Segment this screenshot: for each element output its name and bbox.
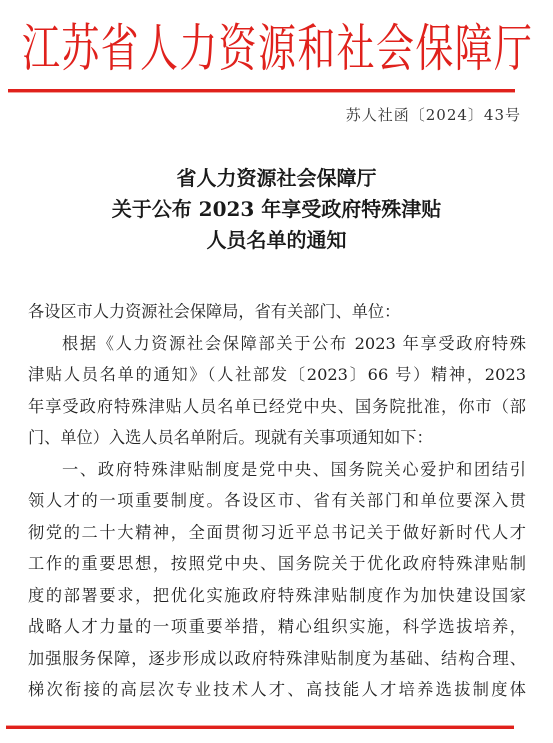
salutation: 各设区市人力资源社会保障局，省有关部门、单位：	[28, 296, 526, 328]
body-line: 领人才的一项重要制度。各设区市、省有关部门和单位要深入贯	[28, 485, 526, 517]
document-body: 各设区市人力资源社会保障局，省有关部门、单位： 根据《人力资源社会保障部关于公布…	[28, 296, 526, 706]
title-line-issuer: 省人力资源社会保障厅	[0, 163, 553, 194]
title-line-notice: 人员名单的通知	[0, 225, 553, 256]
red-header-rule	[8, 89, 515, 92]
body-line: 战略人才力量的一项重要举措，精心组织实施，科学选拔培养，	[28, 611, 526, 643]
body-line: 度的部署要求，把优化实施政府特殊津贴制度作为加快建设国家	[28, 580, 526, 612]
body-line: 工作的重要思想，按照党中央、国务院关于优化政府特殊津贴制	[28, 548, 526, 580]
red-footer-rule	[6, 726, 514, 729]
document-title: 省人力资源社会保障厅 关于公布 2023 年享受政府特殊津贴 人员名单的通知	[0, 163, 553, 256]
body-line: 梯次衔接的高层次专业技术人才、高技能人才培养选拔制度体	[28, 674, 526, 706]
body-line: 彻党的二十大精神，全面贯彻习近平总书记关于做好新时代人才	[28, 517, 526, 549]
body-line: 津贴人员名单的通知》（人社部发〔2023〕66 号）精神，2023	[28, 359, 526, 391]
body-line: 年享受政府特殊津贴人员名单已经党中央、国务院批准，你市（部	[28, 391, 526, 423]
title-line-subject: 关于公布 2023 年享受政府特殊津贴	[0, 194, 553, 225]
body-line: 加强服务保障，逐步形成以政府特殊津贴制度为基础、结构合理、	[28, 643, 526, 675]
body-line: 门、单位）入选人员名单附后。现就有关事项通知如下：	[28, 422, 526, 454]
body-line: 一、政府特殊津贴制度是党中央、国务院关心爱护和团结引	[28, 454, 526, 486]
masthead-title: 江苏省人力资源和社会保障厅	[22, 4, 532, 93]
body-line: 根据《人力资源社会保障部关于公布 2023 年享受政府特殊	[28, 328, 526, 360]
document-number: 苏人社函〔2024〕43号	[346, 104, 521, 126]
